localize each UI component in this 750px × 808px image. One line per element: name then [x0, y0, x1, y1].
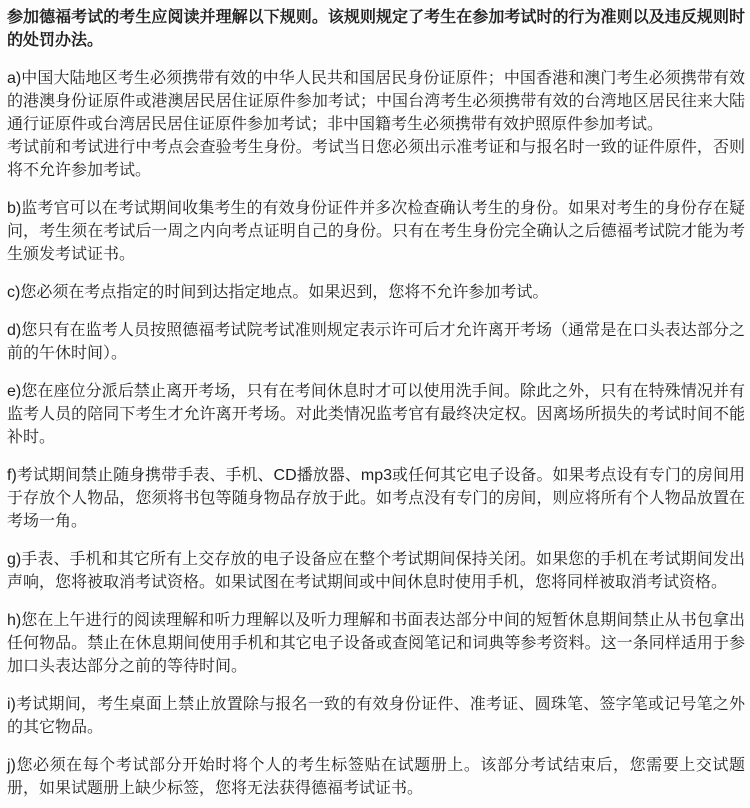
rule-f-paragraph: f)考试期间禁止随身携带手表、手机、CD播放器、mp3或任何其它电子设备。如果考… [7, 464, 745, 533]
rule-b-paragraph: b)监考官可以在考试期间收集考生的有效身份证件并多次检查确认考生的身份。如果对考… [7, 197, 745, 266]
rule-a-paragraph: a)中国大陆地区考生必须携带有效的中华人民共和国居民身份证原件；中国香港和澳门考… [7, 67, 745, 182]
rule-e-paragraph: e)您在座位分派后禁止离开考场，只有在考间休息时才可以使用洗手间。除此之外，只有… [7, 380, 745, 449]
exam-rules-document: 参加德福考试的考生应阅读并理解以下规则。该规则规定了考生在参加考试时的行为准则以… [0, 0, 750, 808]
rule-d-paragraph: d)您只有在监考人员按照德福考试院考试准则规定表示许可后才允许离开考场（通常是在… [7, 319, 745, 365]
rule-h-paragraph: h)您在上午进行的阅读理解和听力理解以及听力理解和书面表达部分中间的短暂休息期间… [7, 609, 745, 678]
document-body: 参加德福考试的考生应阅读并理解以下规则。该规则规定了考生在参加考试时的行为准则以… [7, 6, 745, 800]
intro-paragraph: 参加德福考试的考生应阅读并理解以下规则。该规则规定了考生在参加考试时的行为准则以… [7, 6, 745, 52]
rule-g-paragraph: g)手表、手机和其它所有上交存放的电子设备应在整个考试期间保持关闭。如果您的手机… [7, 548, 745, 594]
rule-j-paragraph: j)您必须在每个考试部分开始时将个人的考生标签贴在试题册上。该部分考试结束后，您… [7, 754, 745, 800]
rule-i-paragraph: i)考试期间，考生桌面上禁止放置除与报名一致的有效身份证件、准考证、圆珠笔、签字… [7, 693, 745, 739]
rule-c-paragraph: c)您必须在考点指定的时间到达指定地点。如果迟到，您将不允许参加考试。 [7, 281, 745, 304]
